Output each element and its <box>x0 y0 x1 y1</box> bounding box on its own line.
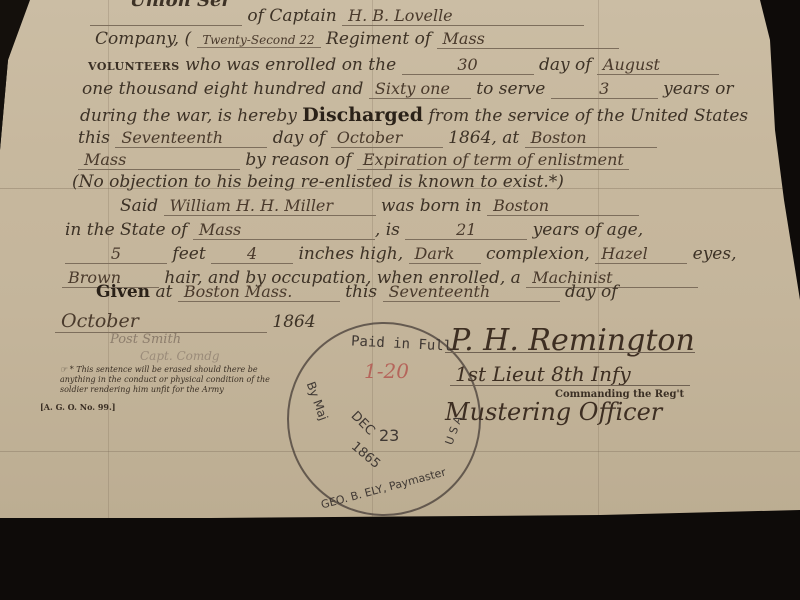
birth-state-field: Mass <box>193 220 375 240</box>
line-regiment: Company, ( Twenty-Second 22 Regiment of … <box>95 29 619 49</box>
footnote: ☞ * This sentence will be erased should … <box>60 365 280 395</box>
enroll-day-field: 30 <box>402 55 534 75</box>
stamp-paymaster: GEO. B. ELY, Paymaster <box>320 466 448 512</box>
line-name: Said William H. H. Miller was born in Bo… <box>120 196 639 216</box>
company-letter-field <box>90 6 242 26</box>
birthplace-field: Boston <box>487 196 639 216</box>
captain-field: H. B. Lovelle <box>342 6 584 26</box>
age-field: 21 <box>405 220 527 240</box>
discharge-month-field: October <box>331 128 443 148</box>
mustering-officer: Mustering Officer <box>445 398 662 426</box>
rank-line <box>450 385 690 386</box>
complexion-field: Dark <box>409 244 481 264</box>
given-year: 1864 <box>272 312 315 332</box>
line-enrolled: VOLUNTEERS who was enrolled on the 30 da… <box>88 55 719 75</box>
line-discharge-date: this Seventeenth day of October 1864, at… <box>78 128 657 148</box>
line-reason: Mass by reason of Expiration of term of … <box>78 150 629 170</box>
regiment-state-field: Mass <box>437 29 619 49</box>
line-given-date: October 1864 <box>55 310 316 333</box>
given-month-field: October <box>55 310 267 333</box>
line-captain: of Captain H. B. Lovelle <box>90 6 584 26</box>
enroll-month-field: August <box>597 55 719 75</box>
discharged-heading: Discharged <box>302 104 423 126</box>
enroll-year-field: Sixty one <box>369 79 471 99</box>
form-number: [A. G. O. No. 99.] <box>40 402 116 412</box>
line-discharged: during the war, is hereby Discharged fro… <box>80 104 748 126</box>
stamp-by-maj: By Maj <box>304 380 331 423</box>
stamp-year: 1865 <box>348 439 383 472</box>
line-given: Given at Boston Mass. this Seventeenth d… <box>96 282 618 302</box>
signature-line <box>445 352 695 353</box>
discharge-place2-field: Mass <box>78 150 240 170</box>
line-term: one thousand eight hundred and Sixty one… <box>82 79 734 99</box>
faint-handwriting: Post Smith <box>110 332 181 347</box>
discharge-day-field: Seventeenth <box>115 128 267 148</box>
height-feet-field: 5 <box>65 244 167 264</box>
regiment-number-field: Twenty-Second 22 <box>197 33 321 48</box>
line-description: 5 feet 4 inches high, Dark complexion, H… <box>65 244 737 264</box>
faint-handwriting: Capt. Comdg <box>140 349 220 363</box>
no-objection-note: (No objection to his being re-enlisted i… <box>72 172 564 192</box>
stamp-day: 23 <box>379 426 399 445</box>
given-day-field: Seventeenth <box>383 282 560 302</box>
stamp-paid-in-full: Paid in Full <box>351 333 453 354</box>
given-place-field: Boston Mass. <box>178 282 340 302</box>
line-age: in the State of Mass, is 21 years of age… <box>65 220 643 240</box>
discharge-reason-field: Expiration of term of enlistment <box>357 150 629 170</box>
document-paper: Union Ser of Captain H. B. Lovelle Compa… <box>0 0 800 518</box>
red-annotation: 1-20 <box>364 359 409 383</box>
discharge-place-field: Boston <box>525 128 657 148</box>
officer-rank: 1st Lieut 8th Infy <box>455 362 631 386</box>
eyes-field: Hazel <box>595 244 687 264</box>
term-years-field: 3 <box>551 79 658 99</box>
soldier-name-field: William H. H. Miller <box>164 196 376 216</box>
stamp-month: DEC <box>348 409 378 439</box>
height-inches-field: 4 <box>211 244 293 264</box>
